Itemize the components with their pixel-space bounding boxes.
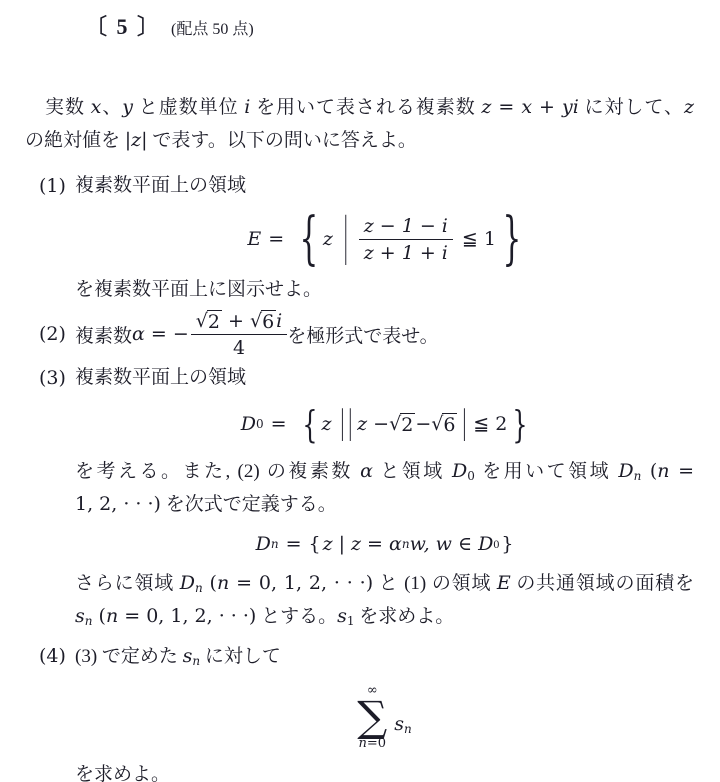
imaginary-unit: i [276,310,282,332]
math-var: sn [183,645,201,667]
text-run: と領域 [373,461,452,482]
text-run: の絶対値を [25,130,125,151]
set-variable: z [321,413,331,435]
math-run: = 0, 1, 2, · · ·) [229,572,373,594]
sqrt: √2 [389,413,415,436]
text-run: 複素数 [75,321,132,348]
question-3-para2-line-2: sn (n = 0, 1, 2, · · ·) とする。s1 を求めよ。 [75,600,694,633]
math-var: D0 [452,460,475,482]
question-1-title: 複素数平面上の領域 [75,173,694,199]
sqrt: √6 [431,413,457,436]
math-run: = 0, 1, 2, · · ·) [118,605,256,627]
subscript: 1 [347,614,355,628]
exam-page: 〔 5 〕(配点 50 点) 実数 x、y と虚数単位 i を用いて表される複素… [0,0,720,782]
math-run: (n = [641,460,694,482]
math-run: y [122,96,133,118]
summation: ∞ ∑ n=0 [357,684,387,750]
sqrt: √6 [250,310,276,333]
text-run: の共通領域の面積を [511,573,694,594]
sigma-symbol: ∑ [357,697,387,737]
question-1-instruction: を複素数平面上に図示せよ。 [75,277,694,303]
math-run: z = α [351,530,402,558]
numerator: √2 + √6i [191,309,287,335]
var-base: D [618,460,633,482]
set-variable: z [323,530,333,558]
text-run: と虚数単位 [133,97,244,118]
minus-sign: − [415,413,431,435]
fraction: z − 1 − i z + 1 + i [359,214,453,265]
lower-limit: n=0 [358,737,386,750]
brace-open: { [308,530,320,558]
var-base: D [452,460,467,482]
text-run: で表す。以下の問いに答えよ。 [148,130,417,151]
question-3-para2-line-1: さらに領域 Dn (n = 0, 1, 2, · · ·) と (1) の領域 … [75,567,694,600]
math-var: s1 [337,605,354,627]
plus-sign: + [222,310,250,332]
relation: ≦ 2 [473,413,507,435]
sqrt: √2 [196,310,222,333]
equals-sign: = [271,413,287,435]
text-run: を考える。また, (2) の複素数 [75,461,360,482]
formula-region-D0: D0 = { z | | z − √2 − √6 | ≦ 2 } [75,403,694,445]
lower-limit-var: n [358,736,366,751]
var-base: D [180,572,195,594]
formula-region-E: E = { z | z − 1 − i z + 1 + i ≦ 1 } [75,209,694,269]
question-4-instruction: を求めよ。 [75,762,694,782]
question-2-label: (2) [39,323,75,345]
math-run: x [91,96,102,118]
subscript: n [192,654,200,668]
question-4-label: (4) [39,643,75,782]
math-run: E [497,572,511,594]
math-var: sn [75,605,93,627]
text-run: を求めよ。 [355,606,455,627]
lower-limit-value: =0 [367,736,386,751]
set-separator-bar: | [339,530,345,558]
paren-open: ( [641,460,657,482]
question-3-title: 複素数平面上の領域 [75,365,694,391]
relation: ≦ 1 [462,228,496,250]
math-run: (n = 0, 1, 2, · · ·) [93,605,257,627]
var-base: s [337,605,347,627]
alpha-equals: α = − [132,323,189,345]
question-1-content: 複素数平面上の領域 E = { z | z − 1 − i z + 1 + i … [75,173,694,303]
math-run: α [360,460,373,482]
math-run: 1, 2, · · ·) [75,493,161,515]
question-2: (2) 複素数 α = − √2 + √6i 4 を極形式で表せ。 [25,305,694,363]
text-run: を用いて領域 [475,461,619,482]
numerator: z − 1 − i [359,214,453,240]
math-run: w, w ∈ D [410,530,494,558]
set-name: D [241,413,256,435]
subscript: 0 [467,469,475,483]
set-separator-bar: | [341,403,345,445]
intro-line-2: の絶対値を |z| で表す。以下の問いに答えよ。 [25,124,694,157]
problem-number: 〔 5 〕 [85,14,161,39]
math-run: z − [357,413,389,435]
subscript: n [195,581,203,595]
intro-line-1: 実数 x、y と虚数単位 i を用いて表される複素数 z = x + yi に対… [25,91,694,124]
intro-paragraph: 実数 x、y と虚数単位 i を用いて表される複素数 z = x + yi に対… [25,91,694,157]
formula-region-Dn: Dn = { z | z = αnw, w ∈ D0 } [75,530,694,558]
brace-open: { [302,402,317,446]
abs-bar-open: | [348,403,352,445]
abs-bar-close: | [462,403,466,445]
formula-summation: ∞ ∑ n=0 sn [75,682,694,752]
var: n [106,605,118,627]
var: n [657,460,669,482]
radicand: 6 [442,413,457,436]
math-var: Dn [618,460,641,482]
var-base: s [394,713,404,735]
subscript: n [85,614,93,628]
question-3-para-line-2: 1, 2, · · ·) を次式で定義する。 [75,488,694,521]
question-4-lead: (3) で定めた sn に対して [75,643,694,670]
var: n [217,572,229,594]
math-run: z = x + yi [481,96,578,118]
equals-sign: = [286,530,302,558]
points-label: (配点 50 点) [171,21,254,38]
set-separator-bar: | [344,207,348,271]
paren-open: ( [93,605,106,627]
equals-sign: = [268,228,284,250]
text-run: さらに領域 [75,573,180,594]
brace-close: } [502,206,521,273]
math-var: Dn [180,572,203,594]
brace-close: } [501,530,513,558]
math-run: z [684,96,694,118]
math-run: |z| [125,129,148,151]
denominator: z + 1 + i [364,240,448,265]
radicand: 2 [207,310,222,333]
set-variable: z [323,228,333,250]
text-run: を次式で定義する。 [161,494,337,515]
question-3-content: 複素数平面上の領域 D0 = { z | | z − √2 − √6 | ≦ 2… [75,365,694,633]
question-3-label: (3) [39,365,75,633]
set-name: D [256,530,271,558]
question-1: (1) 複素数平面上の領域 E = { z | z − 1 − i z + 1 … [25,173,694,303]
question-3: (3) 複素数平面上の領域 D0 = { z | | z − √2 − √6 |… [25,365,694,633]
question-4: (4) (3) で定めた sn に対して ∞ ∑ n=0 sn を求めよ。 [25,643,694,782]
text-run: を極形式で表せ。 [287,321,438,348]
math-run: = [670,460,694,482]
set-name: E [247,228,261,250]
denominator: 4 [233,335,245,360]
radicand: 6 [261,310,276,333]
question-4-content: (3) で定めた sn に対して ∞ ∑ n=0 sn を求めよ。 [75,643,694,782]
text-run: に対して [200,646,281,667]
fraction: √2 + √6i 4 [191,309,287,360]
subscript: n [404,722,412,736]
text-run: に対して、 [579,97,684,118]
summand: sn [394,713,412,735]
text-run: とする。 [256,606,337,627]
question-3-para-line-1: を考える。また, (2) の複素数 α と領域 D0 を用いて領域 Dn (n … [75,455,694,488]
var-base: s [75,605,85,627]
text-run: を用いて表される複素数 [250,97,481,118]
text-run: 、 [101,97,122,118]
question-1-label: (1) [39,173,75,303]
problem-header: 〔 5 〕(配点 50 点) [85,12,694,45]
text-run: 実数 [45,97,91,118]
brace-close: } [513,402,528,446]
math-run: (n = 0, 1, 2, · · ·) [203,572,373,594]
radicand: 2 [400,413,415,436]
var-base: s [183,645,193,667]
brace-open: { [300,206,319,273]
paren-open: ( [203,572,217,594]
text-run: (3) で定めた [75,646,183,667]
text-run: と (1) の領域 [373,573,497,594]
